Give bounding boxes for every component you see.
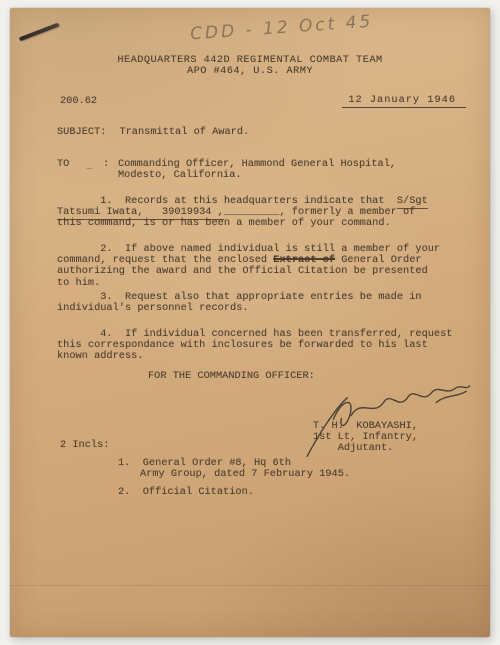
staple-mark bbox=[19, 23, 59, 41]
subject-line: SUBJECT:Transmittal of Award. bbox=[57, 127, 249, 138]
paragraph-2: 2. If above named individual is still a … bbox=[57, 244, 440, 289]
signature-block: T. H. KOBAYASHI, 1st Lt, Infantry, Adjut… bbox=[278, 421, 453, 455]
to-address-line2: Modesto, California. bbox=[118, 170, 242, 181]
p3-line2: individual's personnel records. bbox=[57, 303, 422, 314]
paragraph-1: 1. Records at this headquarters indicate… bbox=[57, 196, 428, 230]
to-label: TO bbox=[57, 159, 69, 170]
enclosure-2: 2. Official Citation. bbox=[118, 487, 254, 498]
date-line: 12 January 1946 bbox=[342, 95, 466, 106]
enclosures-label: 2 Incls: bbox=[60, 440, 109, 451]
subject-value: Transmittal of Award. bbox=[119, 126, 249, 138]
paragraph-4: 4. If individual concerned has been tran… bbox=[57, 329, 452, 363]
p1-line3: this command, is or has been a member of… bbox=[57, 218, 428, 229]
to-block: TO _ : Commanding Officer, Hammond Gener… bbox=[57, 159, 457, 185]
to-colon: : bbox=[103, 159, 109, 170]
date-value: 12 January 1946 bbox=[342, 94, 466, 108]
file-number: 200.62 bbox=[60, 96, 97, 107]
p4-line3: known address. bbox=[57, 351, 452, 362]
pencil-annotation: CDD - 12 Oct 45 bbox=[190, 12, 374, 45]
to-pencil-mark: _ bbox=[87, 157, 93, 168]
scanned-letter: CDD - 12 Oct 45 HEADQUARTERS 442D REGIME… bbox=[0, 0, 500, 645]
paper-crease bbox=[10, 585, 490, 586]
letterhead: HEADQUARTERS 442D REGIMENTAL COMBAT TEAM… bbox=[10, 55, 490, 77]
subject-label: SUBJECT: bbox=[57, 126, 106, 138]
closing-line: FOR THE COMMANDING OFFICER: bbox=[148, 371, 315, 382]
p2-line4: to him. bbox=[57, 278, 440, 289]
enclosure-1-line2: Army Group, dated 7 February 1945. bbox=[140, 469, 350, 480]
p2-line3: authorizing the award and the Official C… bbox=[57, 266, 440, 277]
letterhead-line2: APO #464, U.S. ARMY bbox=[10, 66, 490, 77]
letter-paper: CDD - 12 Oct 45 HEADQUARTERS 442D REGIME… bbox=[10, 8, 490, 637]
paragraph-3: 3. Request also that appropriate entries… bbox=[57, 292, 422, 314]
signer-title: Adjutant. bbox=[278, 443, 453, 454]
